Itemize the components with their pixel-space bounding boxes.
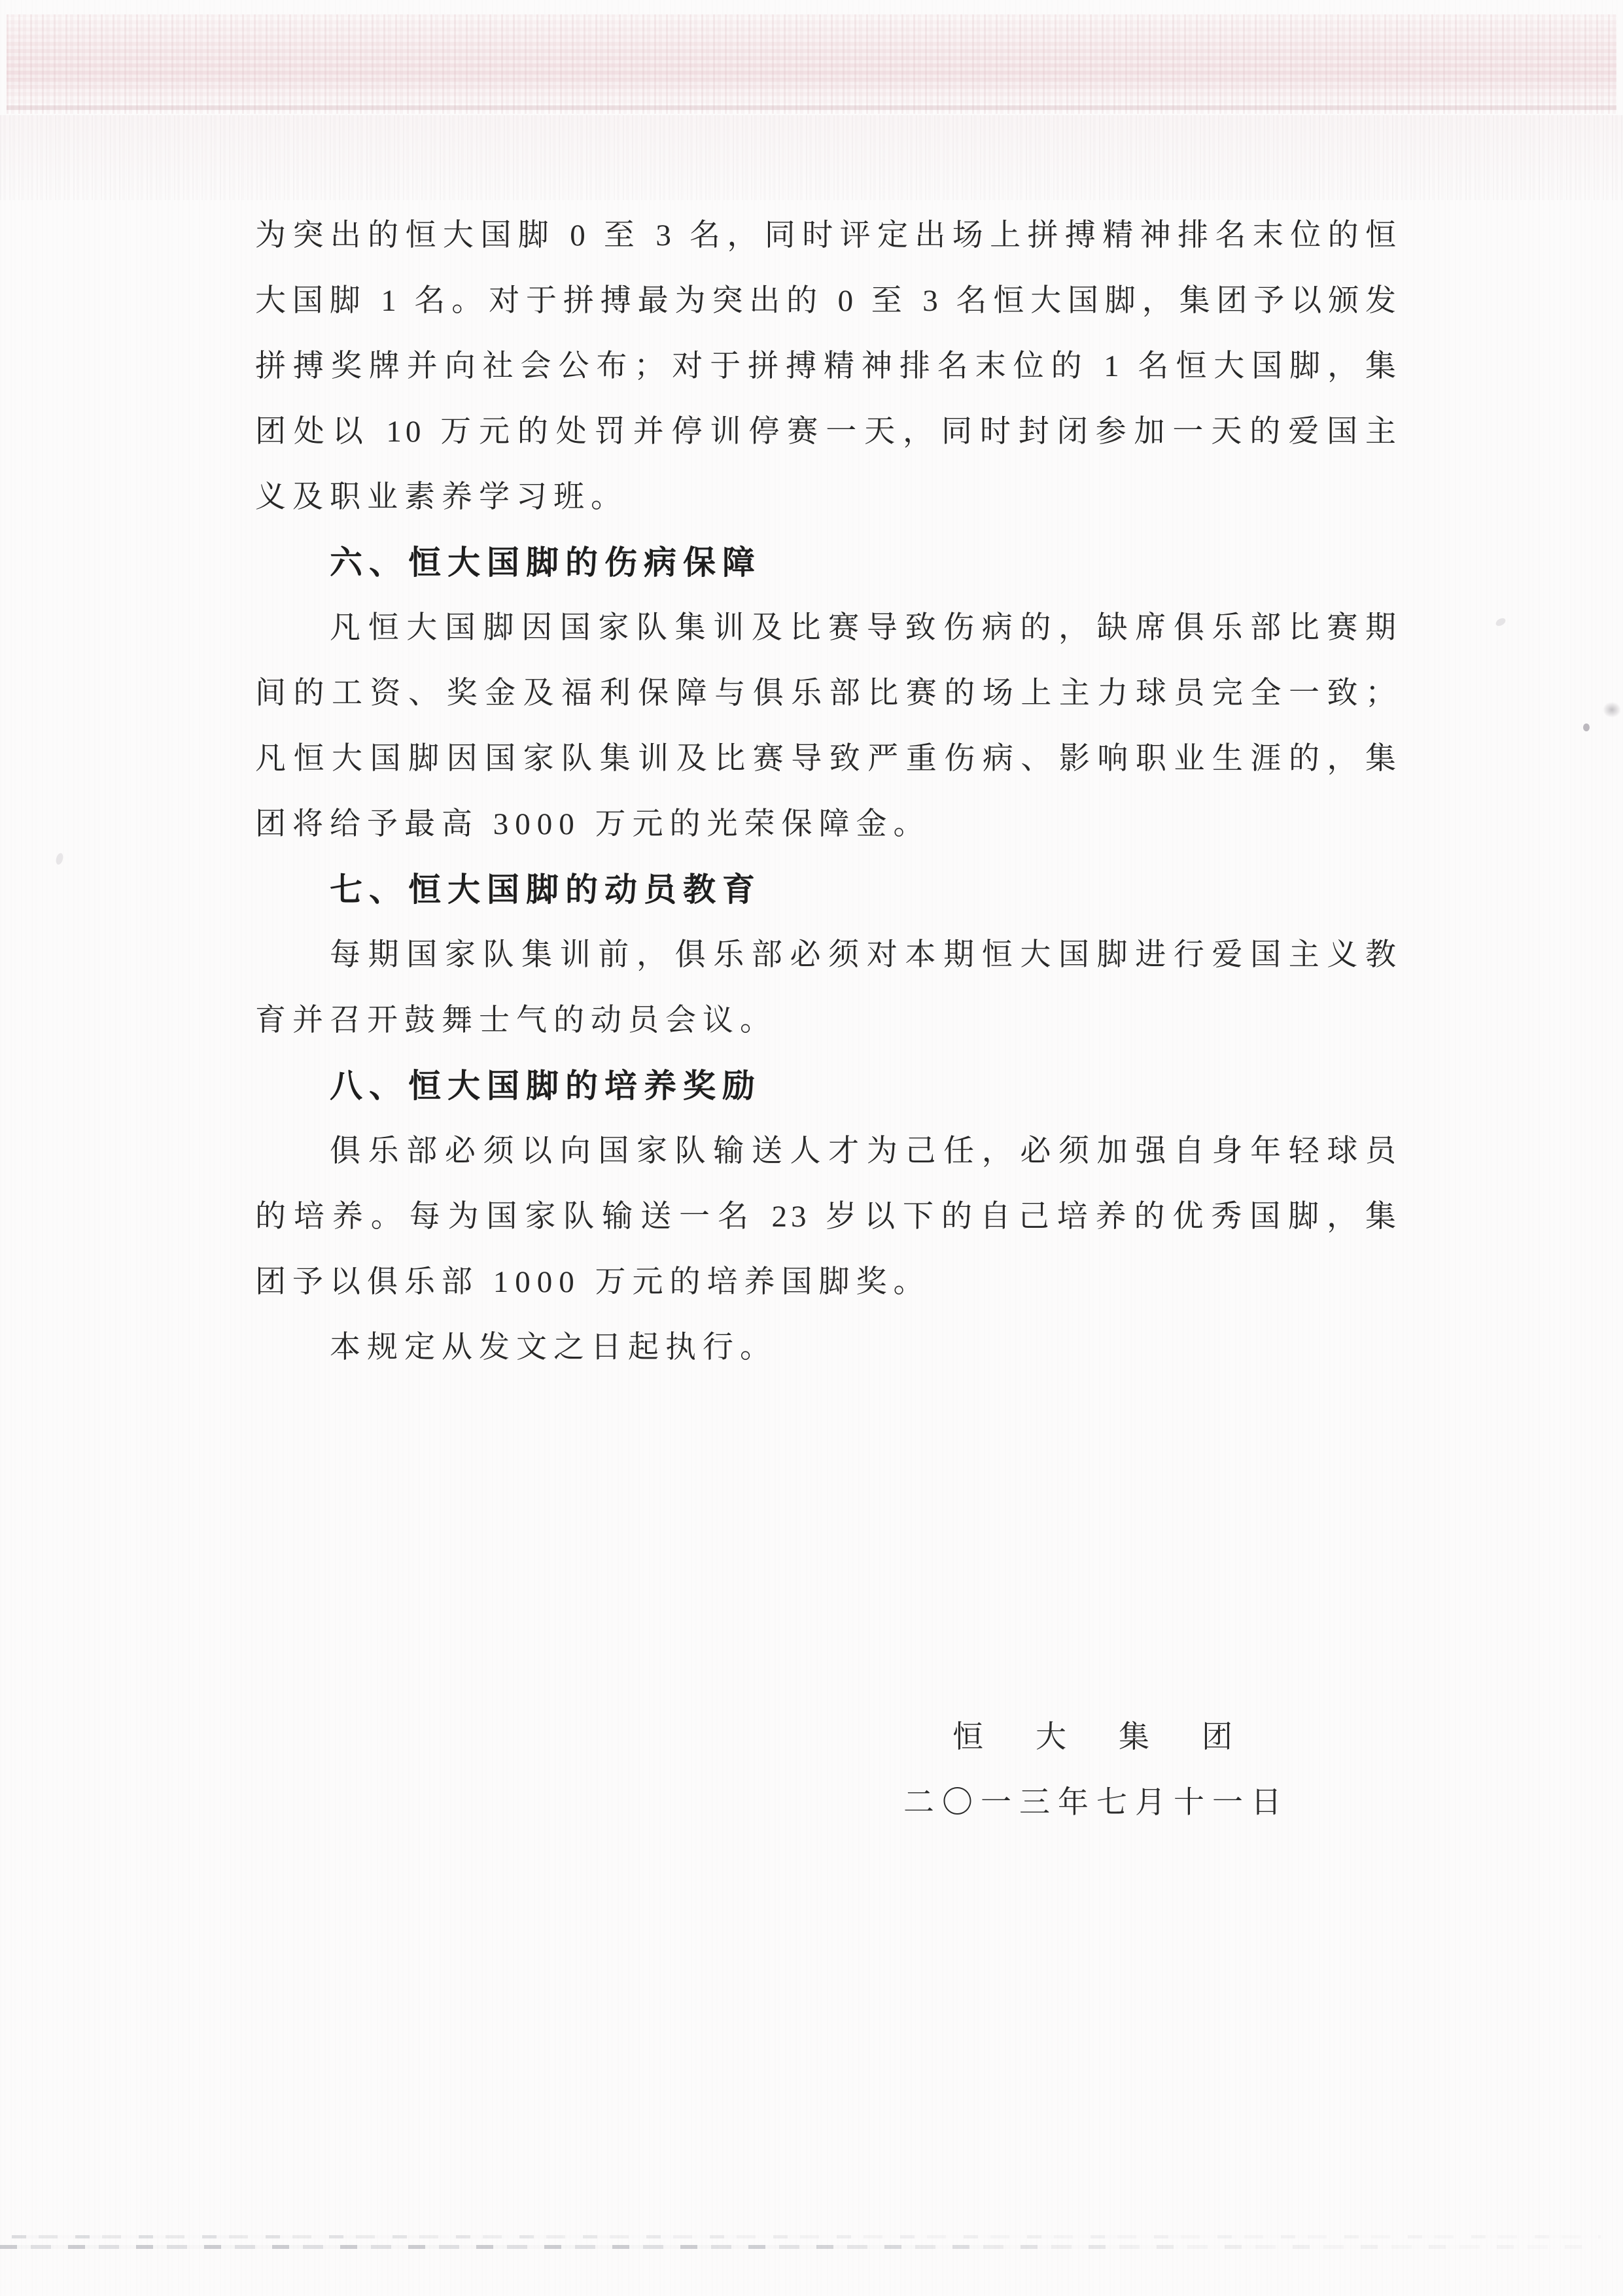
body-line-13: 的培养。每为国家队输送一名 23 岁以下的自己培养的优秀国脚，集: [255, 1184, 1400, 1249]
body-line-2: 大国脚 1 名。对于拼搏最为突出的 0 至 3 名恒大国脚，集团予以颁发: [255, 268, 1400, 334]
body-line-11: 育并召开鼓舞士气的动员会议。: [255, 988, 1400, 1053]
body-line-5: 义及职业素养学习班。: [255, 464, 1400, 530]
body-line-12: 俱乐部必须以向国家队输送人才为己任，必须加强自身年轻球员: [255, 1119, 1400, 1184]
scan-noise-band-top: [7, 14, 1616, 114]
section-heading-seven: 七、恒大国脚的动员教育: [255, 857, 1400, 922]
body-line-8: 凡恒大国脚因国家队集训及比赛导致严重伤病、影响职业生涯的，集: [255, 726, 1400, 791]
signature-block: 恒大集团 二〇一三年七月十一日: [831, 1705, 1354, 1835]
body-line-3: 拼搏奖牌并向社会公布；对于拼搏精神排名末位的 1 名恒大国脚，集: [255, 334, 1400, 399]
scan-noise-line-upper: [12, 2235, 1601, 2238]
body-line-1: 为突出的恒大国脚 0 至 3 名，同时评定出场上拼搏精神排名末位的恒: [255, 203, 1400, 268]
scan-noise-line-lower: [0, 2245, 1584, 2249]
signature-date: 二〇一三年七月十一日: [831, 1770, 1354, 1835]
scan-speck: [55, 852, 64, 865]
body-line-7: 间的工资、奖金及福利保障与俱乐部比赛的场上主力球员完全一致；: [255, 661, 1400, 726]
section-heading-eight: 八、恒大国脚的培养奖励: [255, 1053, 1400, 1119]
body-line-9: 团将给予最高 3000 万元的光荣保障金。: [255, 791, 1400, 857]
scan-speck: [1583, 723, 1590, 731]
scan-noise-band-secondary: [0, 115, 1623, 200]
section-heading-six: 六、恒大国脚的伤病保障: [255, 530, 1400, 595]
scan-speck: [1495, 617, 1507, 628]
document-body: 为突出的恒大国脚 0 至 3 名，同时评定出场上拼搏精神排名末位的恒 大国脚 1…: [255, 203, 1400, 1380]
body-line-10: 每期国家队集训前，俱乐部必须对本期恒大国脚进行爱国主义教: [255, 922, 1400, 988]
scan-speck: [1603, 702, 1621, 718]
closing-line: 本规定从发文之日起执行。: [255, 1315, 1400, 1380]
body-line-14: 团予以俱乐部 1000 万元的培养国脚奖。: [255, 1249, 1400, 1315]
body-line-4: 团处以 10 万元的处罚并停训停赛一天，同时封闭参加一天的爱国主: [255, 399, 1400, 464]
body-line-6: 凡恒大国脚因国家队集训及比赛导致伤病的，缺席俱乐部比赛期: [255, 595, 1400, 661]
signature-organization: 恒大集团: [831, 1705, 1354, 1770]
scanned-document-page: 为突出的恒大国脚 0 至 3 名，同时评定出场上拼搏精神排名末位的恒 大国脚 1…: [0, 0, 1623, 2296]
